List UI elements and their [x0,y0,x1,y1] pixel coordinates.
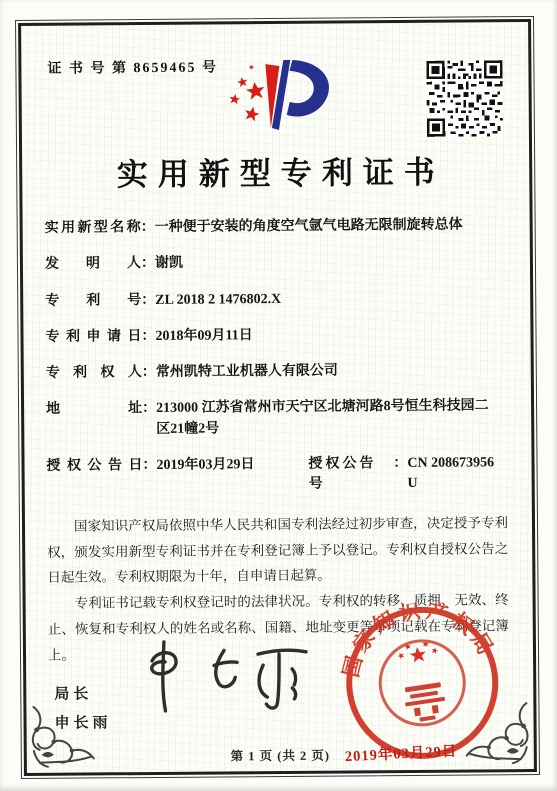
field-label: 专利权人 [46,363,142,384]
field-value: 一种便于安装的角度空气氩气电路无限制旋转总体 [155,215,506,238]
field-inventor: 发明人： 谢凯 [45,251,506,275]
field-label: 授权公告号 [308,454,393,495]
field-value: 213000 江苏省常州市天宁区北塘河路8号恒生科技园二区21幢2号 [156,397,501,440]
handwritten-signature-icon [126,632,342,729]
field-label: 地址 [46,400,142,421]
field-patentee: 专利权人： 常州凯特工业机器人有限公司 [46,360,507,384]
field-label: 发明人 [45,254,141,275]
field-label: 实用新型名称 [45,218,141,239]
page-number: 第 1 页 (共 2 页) [27,744,534,766]
field-value: 常州凯特工业机器人有限公司 [156,360,507,383]
field-address: 地址： 213000 江苏省常州市天宁区北塘河路8号恒生科技园二区21幢2号 [46,397,507,441]
field-patent-number: 专利号： ZL 2018 2 1476802.X [45,288,506,312]
grant-date-value: 2019年03月29日 [156,455,254,496]
field-value: 谢凯 [155,251,506,274]
field-utility-model-name: 实用新型名称： 一种便于安装的角度空气氩气电路无限制旋转总体 [45,215,506,239]
field-label: 专利申请日 [45,327,141,348]
field-label: 专利号 [45,291,141,312]
certificate-inner-frame: 证 书 号 第 8659465 号 [18,19,537,776]
field-label: 授权公告日 [46,456,142,497]
field-value: ZL 2018 2 1476802.X [155,288,506,311]
cnipa-logo-icon [199,53,352,146]
legal-paragraph-1: 国家知识产权局依照中华人民共和国专利法经过初步审查，决定授予专利权，颁发实用新型… [47,510,509,591]
certificate-title: 实用新型专利证书 [22,146,529,195]
qr-code-icon [426,60,503,137]
field-filing-date: 专利申请日： 2018年09月11日 [45,324,506,348]
patent-certificate-scan: 证 书 号 第 8659465 号 [0,0,557,791]
field-grant-row: 授权公告日： 2019年03月29日 授权公告号： CN 208673956 U [46,453,507,497]
field-value: 2018年09月11日 [155,324,506,347]
grant-number-value: CN 208673956 U [407,453,507,494]
certificate-frame: 证 书 号 第 8659465 号 [15,16,540,779]
certificate-number: 证 书 号 第 8659465 号 [47,56,218,77]
